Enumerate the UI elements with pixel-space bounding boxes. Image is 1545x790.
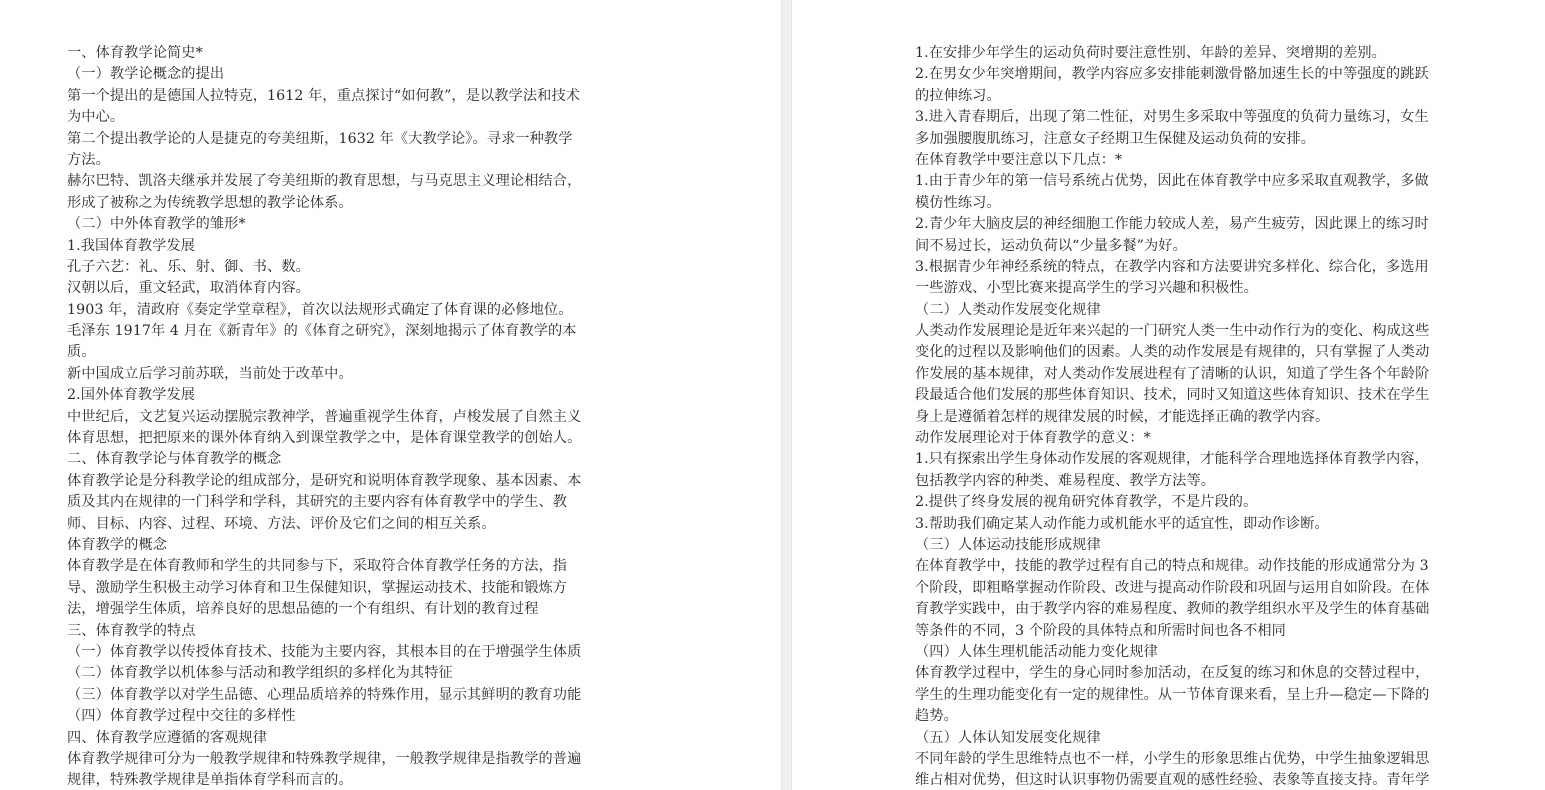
text-line: 等条件的不同，3 个阶段的具体特点和所需时间也各不相同 [915,621,1510,642]
document-viewer[interactable]: 一、体育教学论简史*（一）教学论概念的提出第一个提出的是德国人拉特克，1612 … [0,0,1545,790]
text-line: 模仿性练习。 [915,193,1510,214]
text-line: 作发展的基本规律，对人类动作发展进程有了清晰的认识，知道了学生各个年龄阶 [915,364,1510,385]
text-line: 赫尔巴特、凯洛夫继承并发展了夸美纽斯的教育思想，与马克思主义理论相结合， [67,171,663,192]
text-line: 1.只有探索出学生身体动作发展的客观规律，才能科学合理地选择体育教学内容， [915,449,1510,470]
page-text-right: 1.在安排少年学生的运动负荷时要注意性别、年龄的差异、突增期的差别。2.在男女少… [915,43,1510,790]
text-line: 个阶段，即粗略掌握动作阶段、改进与提高动作阶段和巩固与运用自如阶段。在体 [915,578,1510,599]
text-line: 2.国外体育教学发展 [67,385,663,406]
text-line: 体育思想，把把原来的课外体育纳入到课堂教学之中，是体育课堂教学的创始人。 [67,428,663,449]
text-line: 法，增强学生体质，培养良好的思想品德的一个有组织、有计划的教育过程 [67,599,663,620]
text-line: 二、体育教学论与体育教学的概念 [67,449,663,470]
text-line: 动作发展理论对于体育教学的意义：* [915,428,1510,449]
text-line: （三）人体运动技能形成规律 [915,535,1510,556]
text-line: 1.在安排少年学生的运动负荷时要注意性别、年龄的差异、突增期的差别。 [915,43,1510,64]
document-page-right: 1.在安排少年学生的运动负荷时要注意性别、年龄的差异、突增期的差别。2.在男女少… [792,0,1545,790]
text-line: 质。 [67,342,663,363]
text-line: 第二个提出教学论的人是捷克的夸美纽斯，1632 年《大教学论》。寻求一种教学 [67,129,663,150]
text-line: 的拉伸练习。 [915,86,1510,107]
text-line: 规律，特殊教学规律是单指体育学科而言的。 [67,770,663,790]
text-line: 方法。 [67,150,663,171]
text-line: 汉朝以后，重文轻武，取消体育内容。 [67,278,663,299]
text-line: 段最适合他们发展的那些体育知识、技术，同时又知道这些体育知识、技术在学生 [915,385,1510,406]
text-line: 体育教学规律可分为一般教学规律和特殊教学规律，一般教学规律是指教学的普遍 [67,749,663,770]
text-line: 体育教学过程中，学生的身心同时参加活动，在反复的练习和休息的交替过程中， [915,663,1510,684]
text-line: （四）体育教学过程中交往的多样性 [67,706,663,727]
text-line: 新中国成立后学习前苏联，当前处于改革中。 [67,364,663,385]
text-line: 3.进入青春期后，出现了第二性征，对男生多采取中等强度的负荷力量练习，女生 [915,107,1510,128]
text-line: （五）人体认知发展变化规律 [915,728,1510,749]
text-line: （二）中外体育教学的雏形* [67,214,663,235]
text-line: 趋势。 [915,706,1510,727]
text-line: 包括教学内容的种类、难易程度、教学方法等。 [915,471,1510,492]
text-line: 身上是遵循着怎样的规律发展的时候，才能选择正确的教学内容。 [915,407,1510,428]
text-line: 孔子六艺：礼、乐、射、御、书、数。 [67,257,663,278]
text-line: 毛泽东 1917年 4 月在《新青年》的《体育之研究》，深刻地揭示了体育教学的本 [67,321,663,342]
text-line: 体育教学的概念 [67,535,663,556]
text-line: 一、体育教学论简史* [67,43,663,64]
text-line: 三、体育教学的特点 [67,621,663,642]
text-line: 为中心。 [67,107,663,128]
text-line: 间不易过长，运动负荷以“少量多餐”为好。 [915,236,1510,257]
text-line: （三）体育教学以对学生品德、心理品质培养的特殊作用，显示其鲜明的教育功能 [67,685,663,706]
text-line: （二）人类动作发展变化规律 [915,300,1510,321]
text-line: 在体育教学中要注意以下几点：* [915,150,1510,171]
text-line: 多加强腰腹肌练习，注意女子经期卫生保健及运动负荷的安排。 [915,129,1510,150]
text-line: 四、体育教学应遵循的客观规律 [67,728,663,749]
text-line: （四）人体生理机能活动能力变化规律 [915,642,1510,663]
text-line: 不同年龄的学生思维特点也不一样，小学生的形象思维占优势，中学生抽象逻辑思 [915,749,1510,770]
text-line: 3.根据青少年神经系统的特点，在教学内容和方法要讲究多样化、综合化，多选用 [915,257,1510,278]
text-line: 在体育教学中，技能的教学过程有自己的特点和规律。动作技能的形成通常分为 3 [915,556,1510,577]
text-line: 体育教学是在体育教师和学生的共同参与下，采取符合体育教学任务的方法，指 [67,556,663,577]
text-line: 中世纪后，文艺复兴运动摆脱宗教神学，普遍重视学生体育，卢梭发展了自然主义 [67,407,663,428]
text-line: 一些游戏、小型比赛来提高学生的学习兴趣和积极性。 [915,278,1510,299]
page-text-left: 一、体育教学论简史*（一）教学论概念的提出第一个提出的是德国人拉特克，1612 … [67,43,663,790]
text-line: 3.帮助我们确定某人动作能力或机能水平的适宜性，即动作诊断。 [915,514,1510,535]
text-line: 学生的生理功能变化有一定的规律性。从一节体育课来看，呈上升—稳定—下降的 [915,685,1510,706]
document-page-left: 一、体育教学论简史*（一）教学论概念的提出第一个提出的是德国人拉特克，1612 … [0,0,781,790]
text-line: 2.提供了终身发展的视角研究体育教学，不是片段的。 [915,492,1510,513]
text-line: （一）体育教学以传授体育技术、技能为主要内容，其根本目的在于增强学生体质 [67,642,663,663]
text-line: 2.青少年大脑皮层的神经细胞工作能力较成人差，易产生疲劳，因此课上的练习时 [915,214,1510,235]
text-line: 形成了被称之为传统教学思想的教学论体系。 [67,193,663,214]
text-line: 育教学实践中，由于教学内容的难易程度、教师的教学组织水平及学生的体育基础 [915,599,1510,620]
text-line: 变化的过程以及影响他们的因素。人类的动作发展是有规律的，只有掌握了人类动 [915,342,1510,363]
page-divider [781,0,792,790]
text-line: 1.由于青少年的第一信号系统占优势，因此在体育教学中应多采取直观教学，多做 [915,171,1510,192]
text-line: （二）体育教学以机体参与活动和教学组织的多样化为其特征 [67,663,663,684]
text-line: （一）教学论概念的提出 [67,64,663,85]
text-line: 人类动作发展理论是近年来兴起的一门研究人类一生中动作行为的变化、构成这些 [915,321,1510,342]
text-line: 导、激励学生积极主动学习体育和卫生保健知识，掌握运动技术、技能和锻炼方 [67,578,663,599]
text-line: 师、目标、内容、过程、环境、方法、评价及它们之间的相互关系。 [67,514,663,535]
text-line: 1.我国体育教学发展 [67,236,663,257]
text-line: 质及其内在规律的一门科学和学科，其研究的主要内容有体育教学中的学生、教 [67,492,663,513]
text-line: 体育教学论是分科教学论的组成部分，是研究和说明体育教学现象、基本因素、本 [67,471,663,492]
text-line: 1903 年，清政府《奏定学堂章程》，首次以法规形式确定了体育课的必修地位。 [67,300,663,321]
text-line: 维占相对优势，但这时认识事物仍需要直观的感性经验、表象等直接支持。青年学 [915,770,1510,790]
text-line: 第一个提出的是德国人拉特克，1612 年，重点探讨“如何教”，是以教学法和技术 [67,86,663,107]
text-line: 2.在男女少年突增期间，教学内容应多安排能刺激骨骼加速生长的中等强度的跳跃 [915,64,1510,85]
